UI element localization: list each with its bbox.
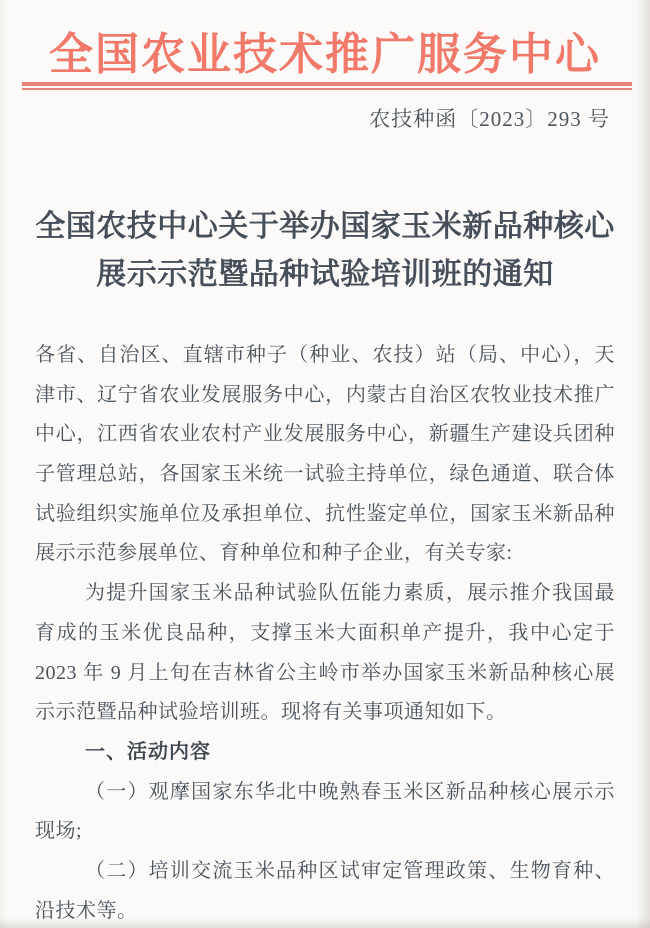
issuing-org-name: 全国农业技术推广服务中心	[0, 18, 650, 82]
body-line: （二）培训交流玉米品种区试审定管理政策、生物育种、前	[35, 852, 615, 892]
notice-document-page: 全国农业技术推广服务中心 农技种函〔2023〕293 号 全国农技中心关于举办国…	[0, 0, 650, 928]
document-title-line-1: 全国农技中心关于举办国家玉米新品种核心	[20, 203, 630, 251]
body-line: 沿技术等。	[35, 892, 615, 928]
body-line: 各省、自治区、直辖市种子（种业、农技）站（局、中心），天	[35, 336, 615, 376]
body-line: 中心，江西省农业农村产业发展服务中心，新疆生产建设兵团种	[35, 415, 615, 455]
body-line: 为提升国家玉米品种试验队伍能力素质，展示推介我国最新	[35, 574, 615, 614]
document-title: 全国农技中心关于举办国家玉米新品种核心 展示示范暨品种试验培训班的通知	[20, 203, 630, 299]
red-rule-thin-line	[22, 88, 632, 90]
body-line: 展示示范参展单位、育种单位和种子企业，有关专家:	[35, 534, 615, 574]
section-heading-activity-content: 一、活动内容	[35, 733, 615, 773]
body-line: 试验组织实施单位及承担单位、抗性鉴定单位，国家玉米新品种	[35, 495, 615, 535]
document-title-line-2: 展示示范暨品种试验培训班的通知	[20, 251, 630, 299]
body-line: 示示范暨品种试验培训班。现将有关事项通知如下。	[35, 693, 615, 733]
body-line: 子管理总站，各国家玉米统一试验主持单位，绿色通道、联合体	[35, 455, 615, 495]
body-line: （一）观摩国家东华北中晚熟春玉米区新品种核心展示示范	[35, 773, 615, 813]
body-line: 育成的玉米优良品种，支撑玉米大面积单产提升，我中心定于	[35, 614, 615, 654]
document-reference-number: 农技种函〔2023〕293 号	[369, 103, 610, 133]
document-body: 各省、自治区、直辖市种子（种业、农技）站（局、中心），天 津市、辽宁省农业发展服…	[35, 336, 615, 928]
body-line: 津市、辽宁省农业发展服务中心，内蒙古自治区农牧业技术推广	[35, 376, 615, 416]
body-line: 2023 年 9 月上旬在吉林省公主岭市举办国家玉米新品种核心展	[35, 654, 615, 694]
header-red-rule	[22, 82, 632, 90]
body-line: 现场;	[35, 812, 615, 852]
